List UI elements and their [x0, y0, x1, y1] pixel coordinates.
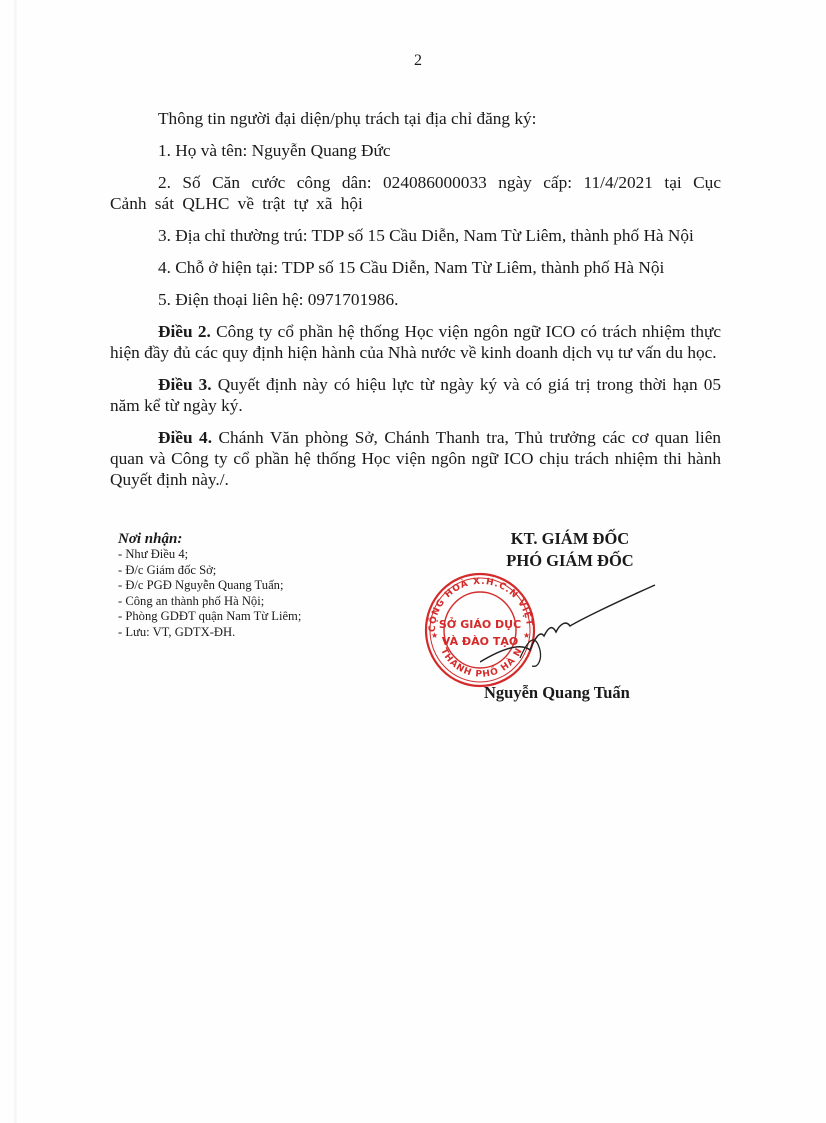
paragraph-phone: 5. Điện thoại liên hệ: 0971701986. [110, 289, 721, 310]
article-2-label: Điều 2. [158, 322, 211, 341]
article-2: Điều 2. Công ty cổ phần hệ thống Học việ… [110, 321, 721, 363]
article-4: Điều 4. Chánh Văn phòng Sở, Chánh Thanh … [110, 427, 721, 490]
article-3-label: Điều 3. [158, 375, 212, 394]
article-4-label: Điều 4. [158, 428, 212, 447]
recipient-item: - Đ/c PGĐ Nguyễn Quang Tuấn; [118, 578, 301, 594]
signature-title-2: PHÓ GIÁM ĐỐC [470, 550, 670, 572]
paragraph-permanent-address: 3. Địa chỉ thường trú: TDP số 15 Cầu Diễ… [110, 225, 721, 246]
signer-name: Nguyễn Quang Tuấn [484, 683, 630, 703]
recipient-item: - Lưu: VT, GDTX-ĐH. [118, 625, 301, 641]
signature-block: KT. GIÁM ĐỐC PHÓ GIÁM ĐỐC [470, 528, 670, 572]
scan-edge [14, 0, 17, 1123]
recipient-item: - Công an thành phố Hà Nội; [118, 594, 301, 610]
recipient-item: - Đ/c Giám đốc Sở; [118, 563, 301, 579]
page-number: 2 [0, 52, 826, 70]
paragraph-id-card: 2. Số Căn cước công dân: 024086000033 ng… [110, 172, 721, 214]
handwritten-signature-icon [480, 580, 660, 680]
paragraph-intro: Thông tin người đại diện/phụ trách tại đ… [110, 108, 721, 129]
recipient-item: - Như Điều 4; [118, 547, 301, 563]
article-3: Điều 3. Quyết định này có hiệu lực từ ng… [110, 374, 721, 416]
recipient-item: - Phòng GDĐT quận Nam Từ Liêm; [118, 609, 301, 625]
recipients-block: Nơi nhận: - Như Điều 4; - Đ/c Giám đốc S… [118, 531, 301, 641]
signature-title-1: KT. GIÁM ĐỐC [470, 528, 670, 550]
recipients-title: Nơi nhận: [118, 531, 301, 547]
paragraph-name: 1. Họ và tên: Nguyễn Quang Đức [110, 140, 721, 161]
svg-text:★: ★ [431, 631, 438, 640]
paragraph-current-address: 4. Chỗ ở hiện tại: TDP số 15 Cầu Diễn, N… [110, 257, 721, 278]
document-body: Thông tin người đại diện/phụ trách tại đ… [110, 108, 721, 501]
